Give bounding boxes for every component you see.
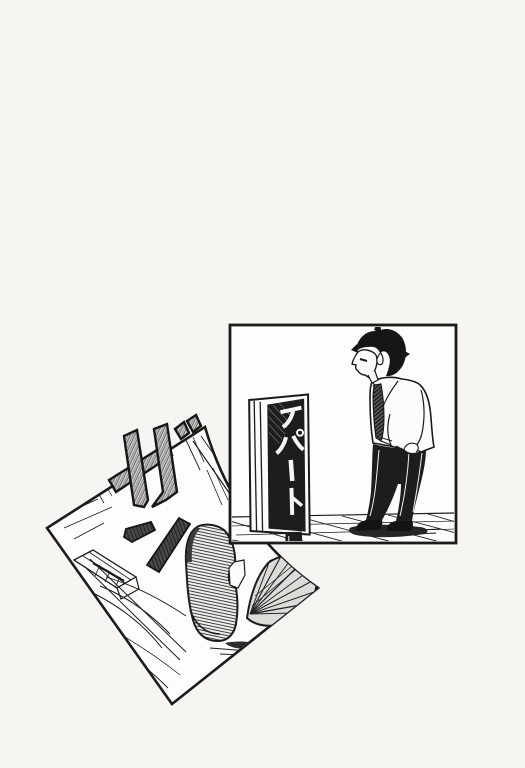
sign-board [265,399,307,533]
panel-apartment [230,322,456,557]
kana-long-vowel [291,460,293,481]
artwork-canvas [0,0,525,768]
kana-to [291,488,292,515]
manga-page: アパート ガン [0,0,525,768]
